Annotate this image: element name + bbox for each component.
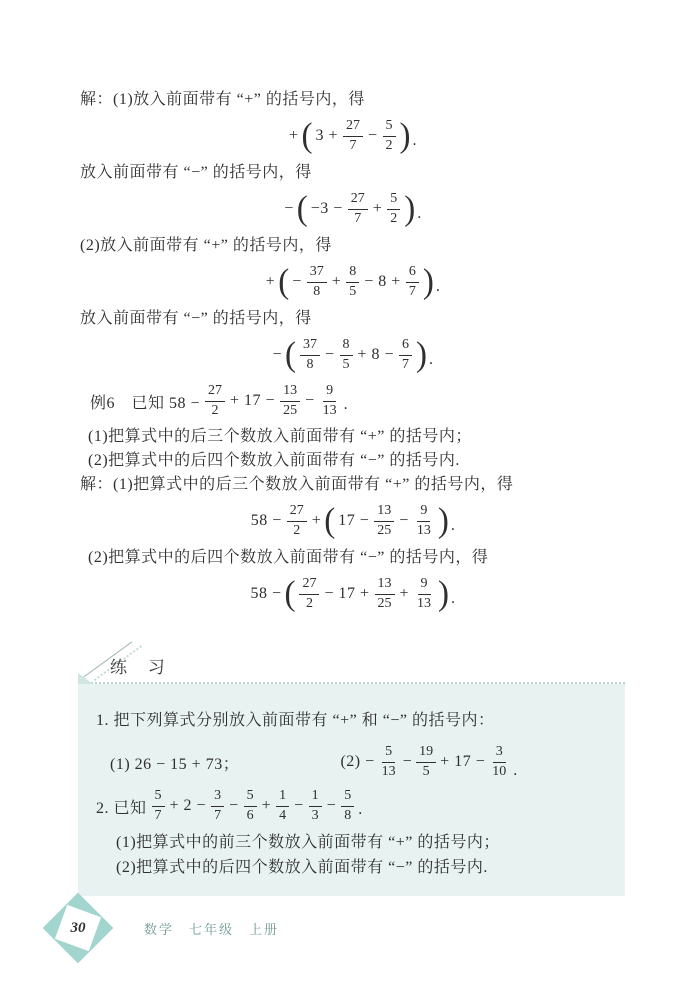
fraction: 14	[276, 788, 289, 823]
math-text: + 17 −	[440, 753, 485, 771]
fraction-numerator: 1	[309, 788, 322, 806]
fraction-numerator: 5	[152, 788, 165, 806]
fraction-denominator: 2	[387, 210, 400, 227]
fraction-numerator: 6	[399, 337, 412, 355]
text-line: 解：(1)放入前面带有 “+” 的括号内，得	[80, 89, 625, 110]
parenthesis: (	[285, 338, 296, 373]
math-text: 2. 已知	[96, 795, 147, 818]
math-text: + 8 −	[358, 346, 395, 364]
footer-book-title: 数学 七年级 上册	[144, 919, 279, 938]
fraction-denominator: 7	[351, 210, 364, 227]
text-line: 放入前面带有 “−” 的括号内，得	[80, 162, 625, 183]
text-line: (1)把算式中的前三个数放入前面带有 “+” 的括号内；	[94, 832, 609, 853]
exercise-item: (2) −513−195+ 17 −310.	[338, 744, 519, 779]
parenthesis: (	[324, 504, 335, 539]
fraction-denominator: 2	[290, 522, 303, 539]
fraction-denominator: 7	[406, 283, 419, 300]
exercise-row: (1) 26 − 15 + 73；(2) −513−195+ 17 −310.	[94, 740, 609, 784]
fraction-denominator: 8	[310, 283, 323, 300]
math-text: − 17 +	[324, 585, 369, 603]
parenthesis: )	[416, 338, 427, 373]
formula-line: −(378−85+ 8 −67).	[80, 332, 625, 378]
main-content: 解：(1)放入前面带有 “+” 的括号内，得+(3 +277−52).放入前面带…	[80, 86, 625, 618]
fraction-numerator: 27	[348, 191, 368, 209]
fraction-denominator: 7	[347, 137, 360, 154]
fraction: 52	[387, 191, 400, 226]
math-text: −3 −	[311, 200, 343, 218]
practice-title: 练 习	[110, 653, 173, 678]
period: .	[451, 517, 456, 535]
period: .	[451, 590, 456, 608]
fraction: 57	[152, 788, 165, 823]
text-line: (2)把算式中的后四个数放入前面带有 “−” 的括号内，得	[80, 547, 625, 568]
fraction-denominator: 13	[414, 522, 434, 539]
parenthesis: )	[438, 577, 449, 612]
math-text: +	[332, 273, 342, 291]
fraction: 272	[299, 576, 319, 611]
math-text: − 8 +	[364, 273, 401, 291]
exercise-item: (1) 26 − 15 + 73；	[108, 751, 338, 774]
fraction: 67	[399, 337, 412, 372]
fraction-denominator: 5	[340, 356, 353, 373]
math-text: +	[312, 512, 322, 530]
fraction-numerator: 8	[340, 337, 353, 355]
fraction: 1325	[375, 576, 395, 611]
fraction-numerator: 27	[287, 503, 307, 521]
parenthesis: )	[404, 192, 415, 227]
fraction-numerator: 8	[346, 264, 359, 282]
math-text: −	[229, 797, 239, 815]
fraction-numerator: 19	[416, 744, 436, 762]
fraction: 310	[489, 744, 509, 779]
text-line: 2. 已知57+ 2 −37−56+14−13−58.	[94, 784, 609, 828]
math-text: +	[266, 273, 276, 291]
math-text: −	[403, 753, 413, 771]
fraction-denominator: 25	[374, 522, 394, 539]
fraction: 56	[244, 788, 257, 823]
fraction: 913	[414, 503, 434, 538]
period: .	[358, 801, 363, 819]
practice-header: 练 习	[78, 638, 625, 684]
math-text: 3 +	[315, 127, 338, 145]
fraction: 58	[341, 788, 354, 823]
math-text: 例6 已知 58 −	[90, 390, 200, 413]
formula-line: +(3 +277−52).	[80, 113, 625, 159]
math-text: +	[373, 200, 383, 218]
text-line: 例6 已知 58 −272+ 17 −1325−913.	[80, 379, 625, 423]
period: .	[344, 396, 349, 414]
fraction-numerator: 13	[280, 383, 300, 401]
page-number-diamond-icon: 30	[46, 896, 110, 960]
fraction-denominator: 2	[303, 595, 316, 612]
fraction-numerator: 27	[343, 118, 363, 136]
fraction-denominator: 2	[383, 137, 396, 154]
math-text: (2) −	[340, 753, 374, 771]
fraction-denominator: 4	[276, 807, 289, 824]
fraction-numerator: 9	[417, 503, 430, 521]
fraction-denominator: 3	[309, 807, 322, 824]
fraction: 513	[379, 744, 399, 779]
fraction-numerator: 6	[406, 264, 419, 282]
math-text: 17 −	[338, 512, 369, 530]
period: .	[413, 132, 418, 150]
fraction: 272	[287, 503, 307, 538]
page-footer: 30 数学 七年级 上册	[46, 896, 279, 960]
math-text: 1. 把下列算式分别放入前面带有 “+” 和 “−” 的括号内：	[96, 707, 494, 730]
fraction-numerator: 13	[374, 503, 394, 521]
period: .	[436, 278, 441, 296]
formula-line: 58 −(272− 17 +1325+913).	[80, 571, 625, 617]
parenthesis: )	[423, 265, 434, 300]
fraction-numerator: 5	[382, 744, 395, 762]
math-text: −	[284, 200, 294, 218]
fraction: 378	[300, 337, 320, 372]
fraction-denominator: 8	[341, 807, 354, 824]
fraction: 13	[309, 788, 322, 823]
formula-line: +(−378+85− 8 +67).	[80, 259, 625, 305]
fraction-denominator: 25	[375, 595, 395, 612]
fraction-denominator: 13	[320, 402, 340, 419]
fraction-denominator: 5	[346, 283, 359, 300]
fraction: 277	[343, 118, 363, 153]
math-text: −	[294, 797, 304, 815]
fraction-numerator: 27	[205, 383, 225, 401]
fraction-numerator: 37	[307, 264, 327, 282]
fraction: 195	[416, 744, 436, 779]
corner-triangle-icon	[78, 673, 93, 684]
fraction-numerator: 5	[244, 788, 257, 806]
fraction: 67	[406, 264, 419, 299]
fraction-numerator: 13	[375, 576, 395, 594]
fraction-numerator: 3	[493, 744, 506, 762]
text-line: (2)把算式中的后四个数放入前面带有 “−” 的括号内.	[94, 857, 609, 878]
math-text: + 2 −	[170, 797, 207, 815]
formula-line: −(−3 −277+52).	[80, 186, 625, 232]
fraction-numerator: 9	[418, 576, 431, 594]
math-text: + 17 −	[230, 392, 275, 410]
parenthesis: (	[284, 577, 295, 612]
fraction: 85	[346, 264, 359, 299]
math-text: 58 −	[250, 585, 281, 603]
math-text: +	[400, 585, 410, 603]
fraction: 37	[211, 788, 224, 823]
fraction-denominator: 6	[244, 807, 257, 824]
fraction-numerator: 5	[341, 788, 354, 806]
math-text: (1) 26 − 15 + 73；	[110, 751, 239, 774]
period: .	[513, 762, 518, 780]
fraction: 277	[348, 191, 368, 226]
fraction-numerator: 5	[387, 191, 400, 209]
fraction: 1325	[374, 503, 394, 538]
fraction-numerator: 9	[323, 383, 336, 401]
period: .	[429, 351, 434, 369]
math-text: −	[327, 797, 337, 815]
fraction-numerator: 1	[276, 788, 289, 806]
fraction: 52	[383, 118, 396, 153]
formula-line: 58 −272+(17 −1325−913).	[80, 498, 625, 544]
fraction-denominator: 25	[280, 402, 300, 419]
period: .	[417, 205, 422, 223]
fraction: 1325	[280, 383, 300, 418]
math-text: −	[325, 346, 335, 364]
fraction-numerator: 27	[299, 576, 319, 594]
fraction-denominator: 13	[379, 763, 399, 780]
fraction-denominator: 8	[303, 356, 316, 373]
fraction: 378	[307, 264, 327, 299]
parenthesis: )	[400, 119, 411, 154]
fraction-denominator: 2	[209, 402, 222, 419]
fraction: 272	[205, 383, 225, 418]
math-text: −	[292, 273, 302, 291]
fraction-numerator: 5	[383, 118, 396, 136]
text-line: (2)放入前面带有 “+” 的括号内，得	[80, 235, 625, 256]
fraction-numerator: 3	[211, 788, 224, 806]
fraction-denominator: 7	[152, 807, 165, 824]
math-text: +	[289, 127, 299, 145]
math-text: −	[399, 512, 409, 530]
math-text: −	[368, 127, 378, 145]
practice-box: 1. 把下列算式分别放入前面带有 “+” 和 “−” 的括号内：(1) 26 −…	[78, 684, 625, 896]
fraction: 913	[414, 576, 434, 611]
fraction-denominator: 5	[420, 763, 433, 780]
text-line: 解：(1)把算式中的后三个数放入前面带有 “+” 的括号内，得	[80, 474, 625, 495]
parenthesis: (	[278, 265, 289, 300]
fraction-denominator: 10	[489, 763, 509, 780]
fraction: 913	[320, 383, 340, 418]
fraction-denominator: 7	[399, 356, 412, 373]
fraction-numerator: 37	[300, 337, 320, 355]
math-text: +	[262, 797, 272, 815]
fraction-denominator: 7	[211, 807, 224, 824]
text-line: (2)把算式中的后四个数放入前面带有 “−” 的括号内.	[80, 450, 625, 471]
text-line: 1. 把下列算式分别放入前面带有 “+” 和 “−” 的括号内：	[94, 696, 609, 740]
text-line: 放入前面带有 “−” 的括号内，得	[80, 308, 625, 329]
fraction: 85	[340, 337, 353, 372]
math-text: 58 −	[251, 512, 282, 530]
fraction-denominator: 13	[414, 595, 434, 612]
parenthesis: (	[301, 119, 312, 154]
math-text: −	[305, 392, 315, 410]
math-text: −	[272, 346, 282, 364]
practice-section: 练 习 1. 把下列算式分别放入前面带有 “+” 和 “−” 的括号内：(1) …	[78, 638, 625, 896]
parenthesis: (	[297, 192, 308, 227]
page-number: 30	[46, 896, 110, 960]
parenthesis: )	[438, 504, 449, 539]
text-line: (1)把算式中的后三个数放入前面带有 “+” 的括号内；	[80, 426, 625, 447]
